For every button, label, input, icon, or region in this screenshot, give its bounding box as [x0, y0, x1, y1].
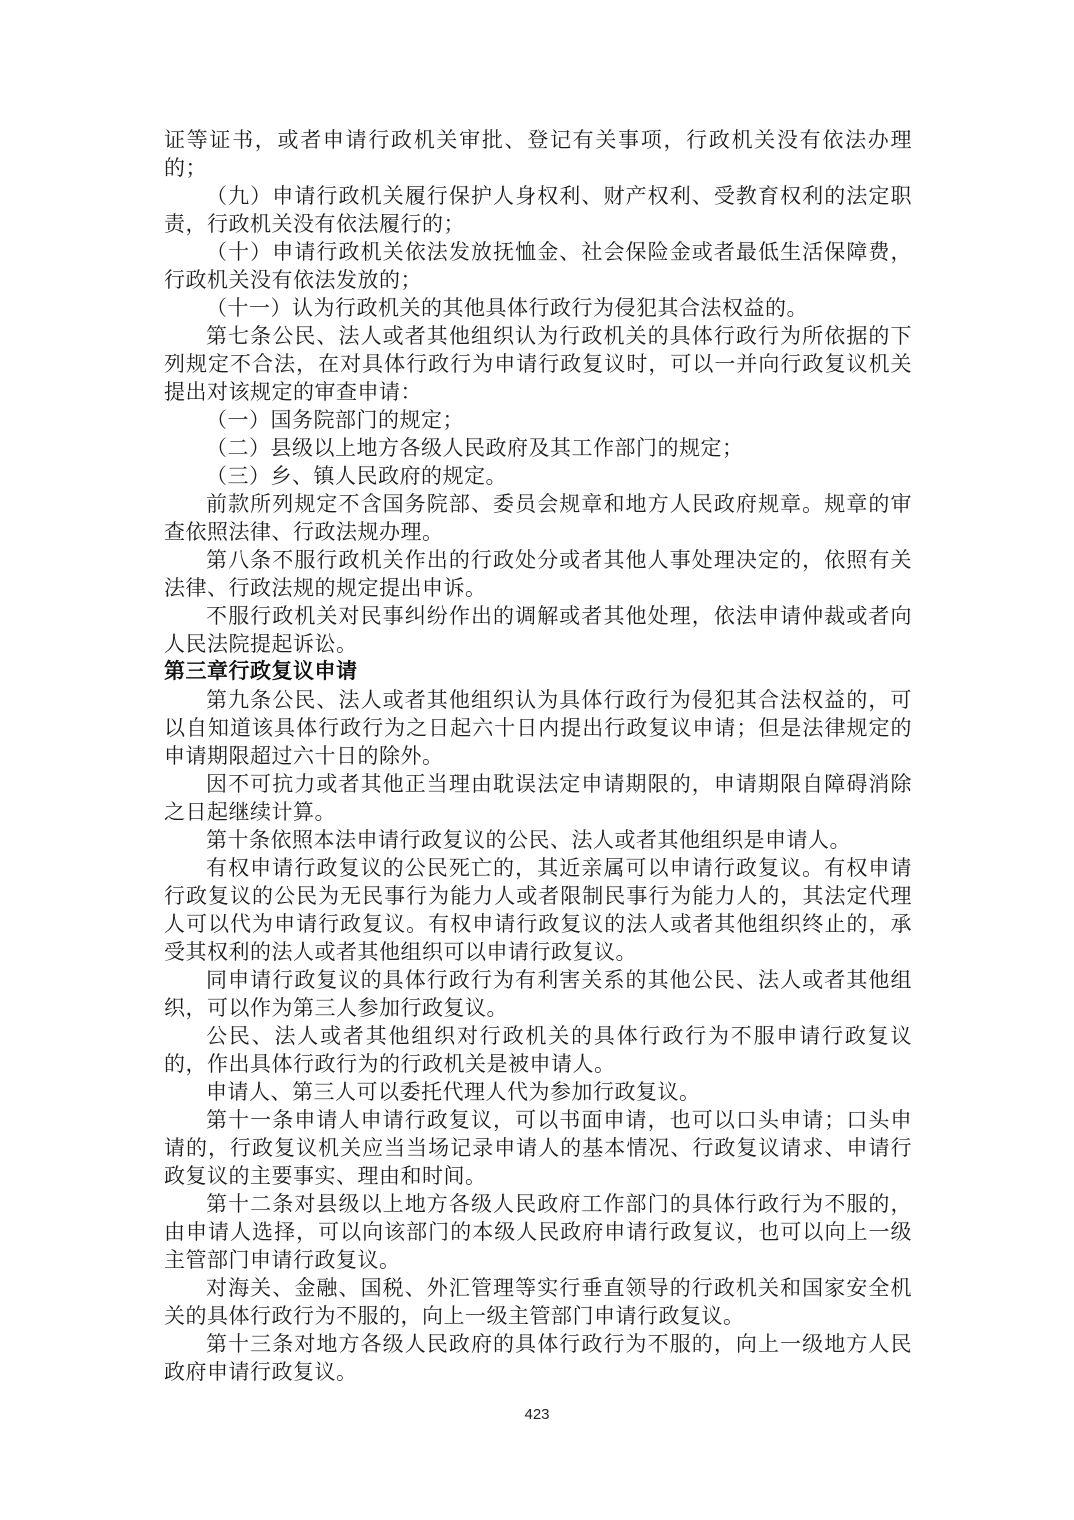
paragraph: （二）县级以上地方各级人民政府及其工作部门的规定； — [164, 434, 912, 462]
paragraph: 第十条依照本法申请行政复议的公民、法人或者其他组织是申请人。 — [164, 826, 912, 854]
paragraph: 第十三条对地方各级人民政府的具体行政行为不服的，向上一级地方人民政府申请行政复议… — [164, 1330, 912, 1386]
paragraph: 公民、法人或者其他组织对行政机关的具体行政行为不服申请行政复议的，作出具体行政行… — [164, 1022, 912, 1078]
chapter-heading: 第三章行政复议申请 — [164, 658, 912, 686]
paragraph: （一）国务院部门的规定； — [164, 406, 912, 434]
document-page: 证等证书，或者申请行政机关审批、登记有关事项，行政机关没有依法办理的； （九）申… — [0, 0, 1074, 1520]
paragraph: 第九条公民、法人或者其他组织认为具体行政行为侵犯其合法权益的，可以自知道该具体行… — [164, 686, 912, 770]
paragraph: （九）申请行政机关履行保护人身权利、财产权利、受教育权利的法定职责，行政机关没有… — [164, 182, 912, 238]
paragraph: 对海关、金融、国税、外汇管理等实行垂直领导的行政机关和国家安全机关的具体行政行为… — [164, 1274, 912, 1330]
paragraph: （三）乡、镇人民政府的规定。 — [164, 462, 912, 490]
paragraph: 第十一条申请人申请行政复议，可以书面申请，也可以口头申请；口头申请的，行政复议机… — [164, 1106, 912, 1190]
paragraph: 因不可抗力或者其他正当理由耽误法定申请期限的，申请期限自障碍消除之日起继续计算。 — [164, 770, 912, 826]
page-number: 423 — [0, 1406, 1074, 1423]
document-body: 证等证书，或者申请行政机关审批、登记有关事项，行政机关没有依法办理的； （九）申… — [164, 126, 912, 1386]
paragraph: 第七条公民、法人或者其他组织认为行政机关的具体行政行为所依据的下列规定不合法，在… — [164, 322, 912, 406]
paragraph: 前款所列规定不含国务院部、委员会规章和地方人民政府规章。规章的审查依照法律、行政… — [164, 490, 912, 546]
paragraph: 第八条不服行政机关作出的行政处分或者其他人事处理决定的，依照有关法律、行政法规的… — [164, 546, 912, 602]
paragraph: 申请人、第三人可以委托代理人代为参加行政复议。 — [164, 1078, 912, 1106]
paragraph: 第十二条对县级以上地方各级人民政府工作部门的具体行政行为不服的，由申请人选择，可… — [164, 1190, 912, 1274]
paragraph: 证等证书，或者申请行政机关审批、登记有关事项，行政机关没有依法办理的； — [164, 126, 912, 182]
paragraph: 有权申请行政复议的公民死亡的，其近亲属可以申请行政复议。有权申请行政复议的公民为… — [164, 854, 912, 966]
paragraph: 不服行政机关对民事纠纷作出的调解或者其他处理，依法申请仲裁或者向人民法院提起诉讼… — [164, 602, 912, 658]
paragraph: （十）申请行政机关依法发放抚恤金、社会保险金或者最低生活保障费，行政机关没有依法… — [164, 238, 912, 294]
paragraph: 同申请行政复议的具体行政行为有利害关系的其他公民、法人或者其他组织，可以作为第三… — [164, 966, 912, 1022]
paragraph: （十一）认为行政机关的其他具体行政行为侵犯其合法权益的。 — [164, 294, 912, 322]
